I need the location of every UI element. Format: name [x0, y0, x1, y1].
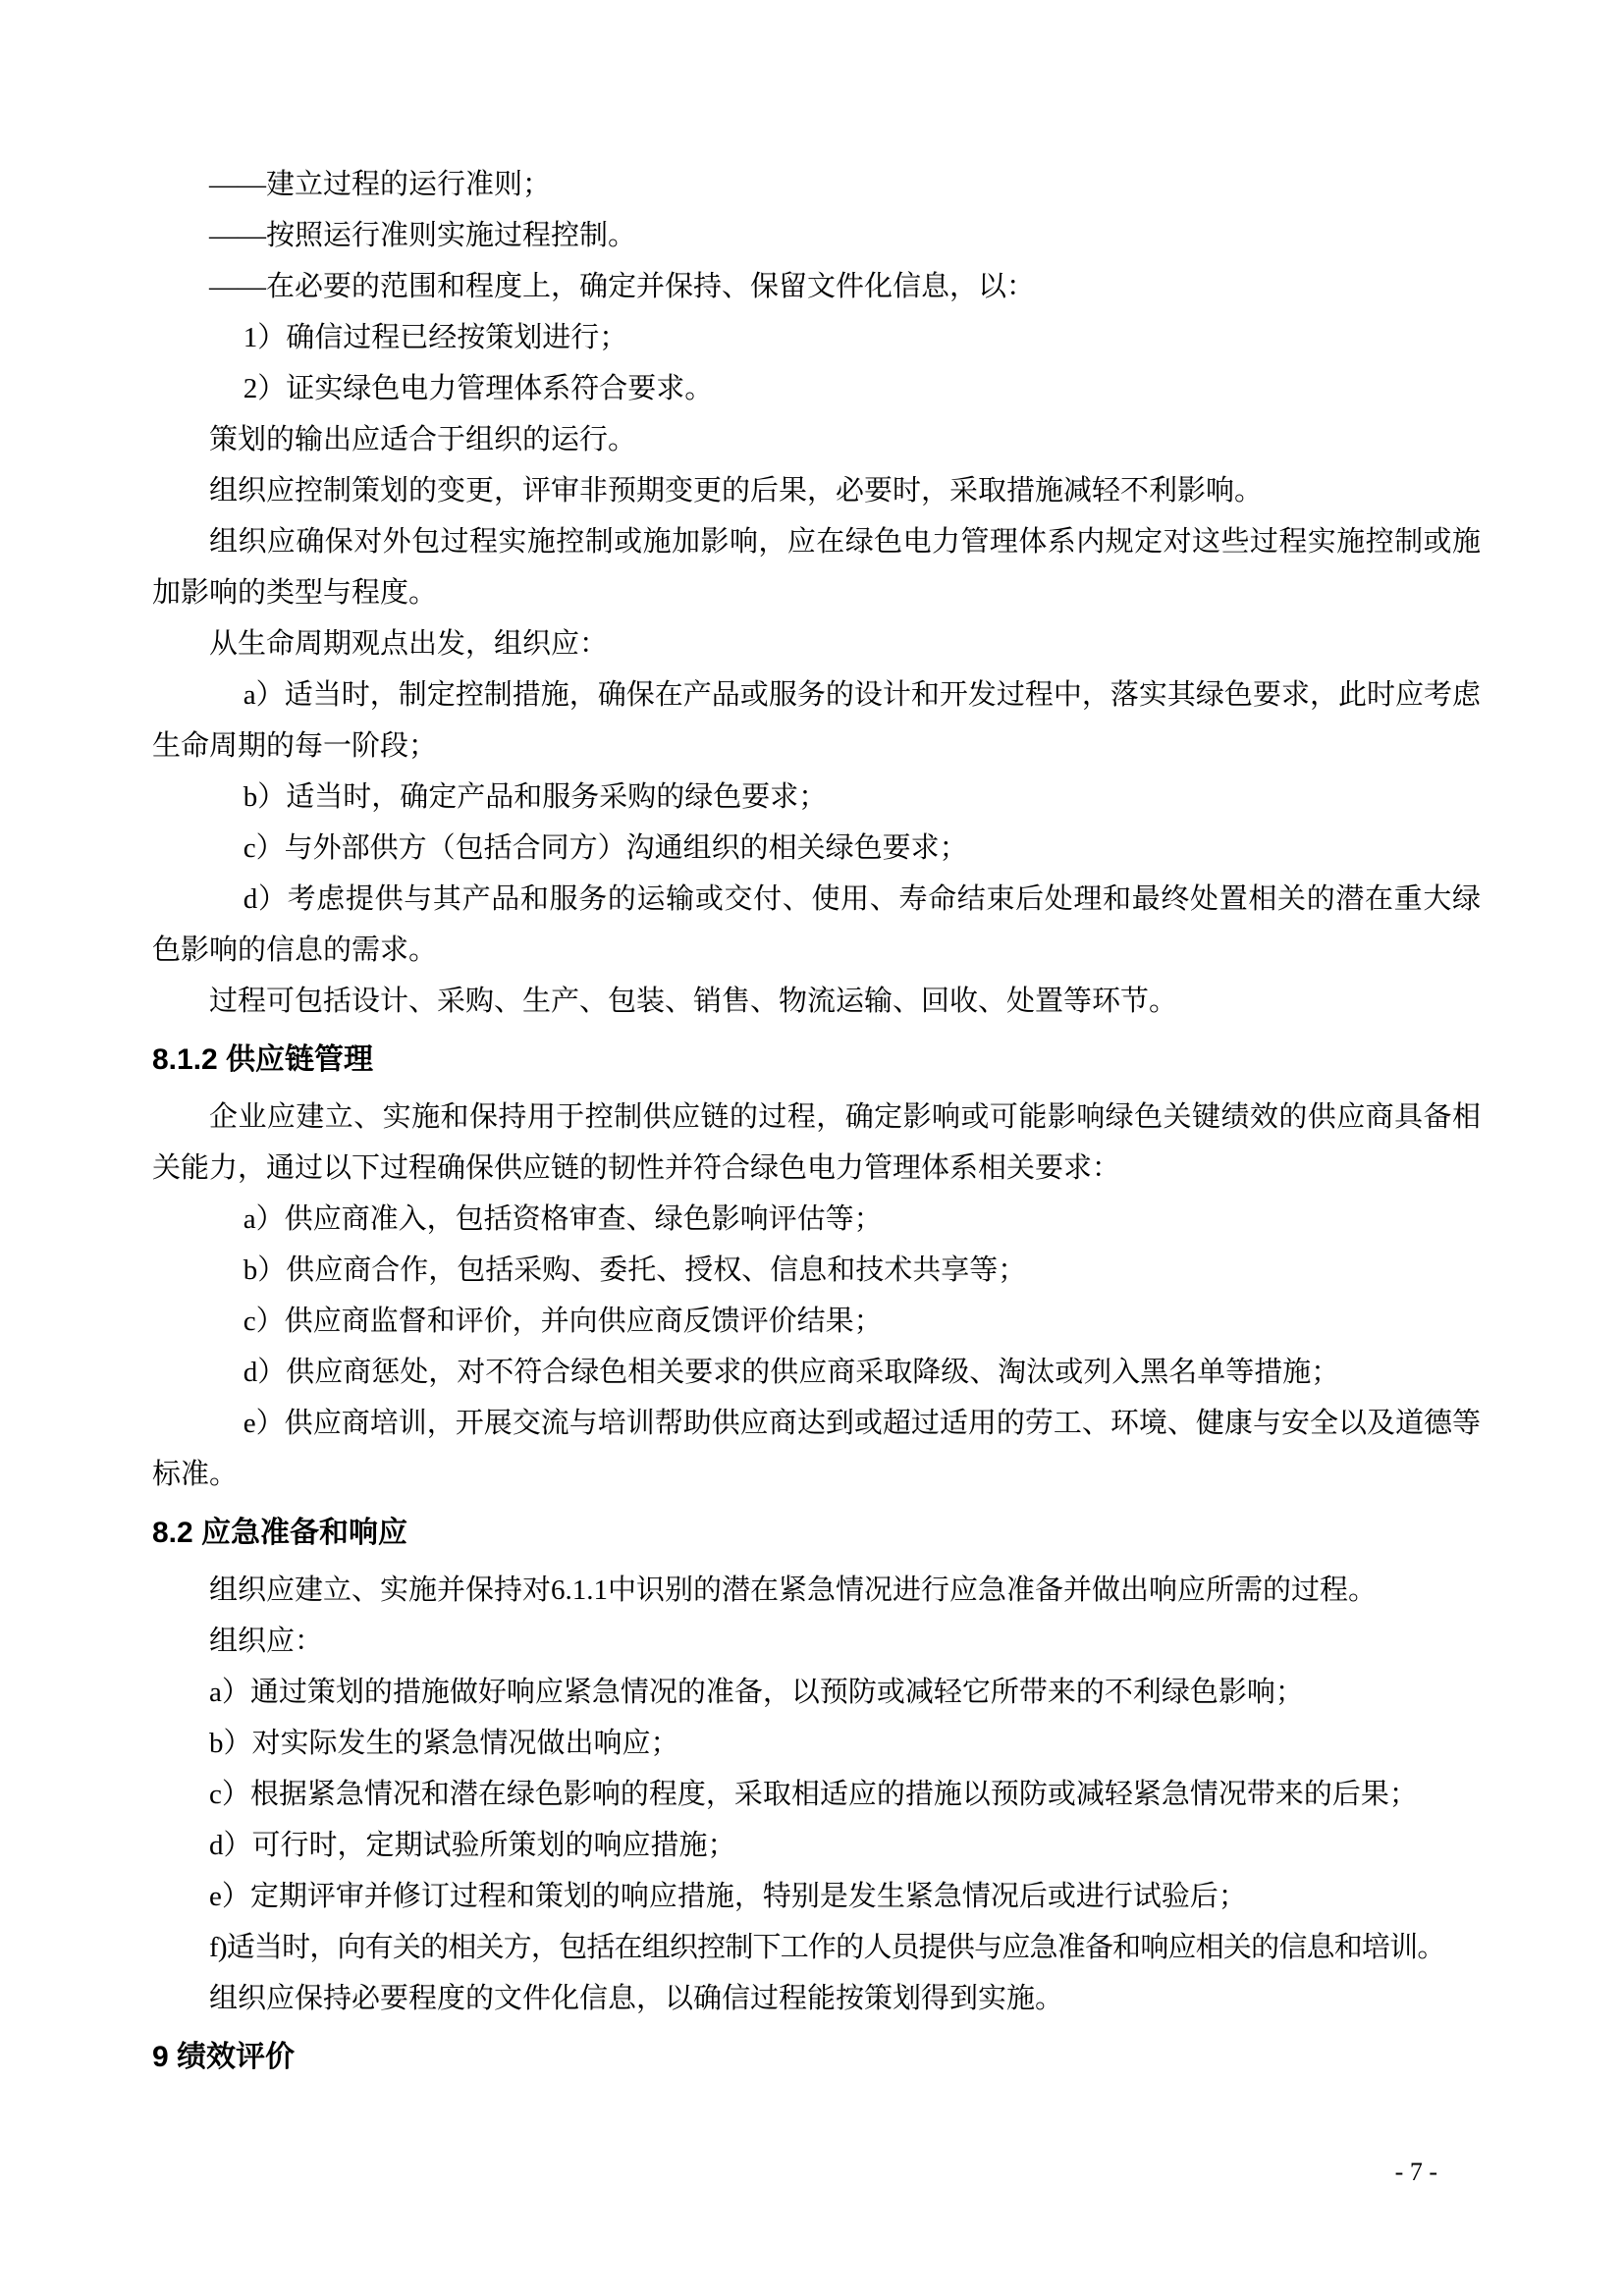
lettered-list-item-e: e）供应商培训，开展交流与培训帮助供应商达到或超过适用的劳工、环境、健康与安全以… — [152, 1398, 1481, 1500]
body-paragraph: 企业应建立、实施和保持用于控制供应链的过程，确定影响或可能影响绿色关键绩效的供应… — [152, 1092, 1481, 1194]
lettered-list-item-c: c）根据紧急情况和潜在绿色影响的程度，采取相适应的措施以预防或减轻紧急情况带来的… — [152, 1769, 1481, 1820]
lettered-list-item-c: c）与外部供方（包括合同方）沟通组织的相关绿色要求； — [152, 823, 1481, 874]
body-paragraph: 组织应保持必要程度的文件化信息，以确信过程能按策划得到实施。 — [152, 1973, 1481, 2024]
body-paragraph: 过程可包括设计、采购、生产、包装、销售、物流运输、回收、处置等环节。 — [152, 976, 1481, 1027]
lettered-list-item-d: d）考虑提供与其产品和服务的运输或交付、使用、寿命结束后处理和最终处置相关的潜在… — [152, 874, 1481, 976]
document-page: ——建立过程的运行准则； ——按照运行准则实施过程控制。 ——在必要的范围和程度… — [152, 159, 1481, 2089]
dash-list-item: ——按照运行准则实施过程控制。 — [152, 210, 1481, 261]
lettered-list-item-f: f)适当时，向有关的相关方，包括在组织控制下工作的人员提供与应急准备和响应相关的… — [152, 1922, 1481, 1973]
section-heading-9: 9 绩效评价 — [152, 2032, 1481, 2083]
lettered-list-item-d: d）可行时，定期试验所策划的响应措施； — [152, 1820, 1481, 1871]
lettered-list-item-b: b）适当时，确定产品和服务采购的绿色要求； — [152, 772, 1481, 823]
body-paragraph: 组织应确保对外包过程实施控制或施加影响，应在绿色电力管理体系内规定对这些过程实施… — [152, 516, 1481, 618]
lettered-list-item-a: a）通过策划的措施做好响应紧急情况的准备，以预防或减轻它所带来的不利绿色影响； — [152, 1667, 1481, 1718]
lettered-list-item-b: b）对实际发生的紧急情况做出响应； — [152, 1718, 1481, 1769]
dash-list-item: ——在必要的范围和程度上，确定并保持、保留文件化信息，以： — [152, 261, 1481, 312]
body-paragraph: 从生命周期观点出发，组织应： — [152, 618, 1481, 669]
body-paragraph: 组织应： — [152, 1616, 1481, 1667]
body-paragraph: 组织应建立、实施并保持对6.1.1中识别的潜在紧急情况进行应急准备并做出响应所需… — [152, 1565, 1481, 1616]
body-paragraph: 策划的输出应适合于组织的运行。 — [152, 414, 1481, 465]
numbered-list-item-2: 2）证实绿色电力管理体系符合要求。 — [152, 363, 1481, 414]
lettered-list-item-b: b）供应商合作，包括采购、委托、授权、信息和技术共享等； — [152, 1245, 1481, 1296]
lettered-list-item-d: d）供应商惩处，对不符合绿色相关要求的供应商采取降级、淘汰或列入黑名单等措施； — [152, 1347, 1481, 1398]
section-heading-8-2: 8.2 应急准备和响应 — [152, 1508, 1481, 1559]
dash-list-item: ——建立过程的运行准则； — [152, 159, 1481, 210]
lettered-list-item-a: a）供应商准入，包括资格审查、绿色影响评估等； — [152, 1194, 1481, 1245]
body-paragraph: 组织应控制策划的变更，评审非预期变更的后果，必要时，采取措施减轻不利影响。 — [152, 465, 1481, 516]
lettered-list-item-a: a）适当时，制定控制措施，确保在产品或服务的设计和开发过程中，落实其绿色要求，此… — [152, 669, 1481, 772]
numbered-list-item-1: 1）确信过程已经按策划进行； — [152, 312, 1481, 363]
section-heading-8-1-2: 8.1.2 供应链管理 — [152, 1035, 1481, 1086]
lettered-list-item-c: c）供应商监督和评价，并向供应商反馈评价结果； — [152, 1296, 1481, 1347]
page-number: - 7 - — [1395, 2158, 1437, 2187]
lettered-list-item-e: e）定期评审并修订过程和策划的响应措施，特别是发生紧急情况后或进行试验后； — [152, 1871, 1481, 1922]
